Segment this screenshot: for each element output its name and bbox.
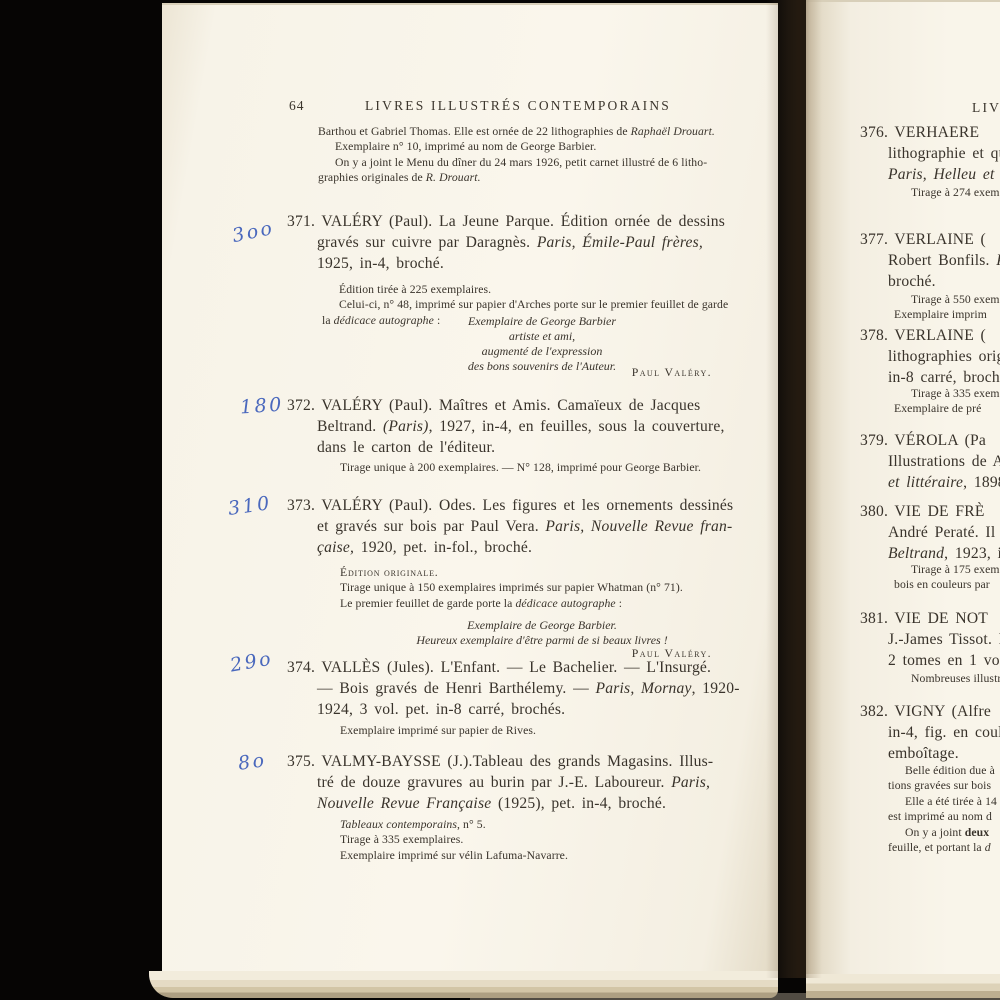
entry-372-notes: Tirage unique à 200 exemplaires. — N° 12… <box>340 460 701 475</box>
entry-381-heading: 381. VIE DE NOTJ.-James Tissot. F2 tomes… <box>860 609 1000 671</box>
price-annotation-371: 3oo <box>230 217 276 247</box>
entry-375-heading: 375. VALMY-BAYSSE (J.).Tableau des grand… <box>287 752 713 814</box>
entry-372-heading: 372. VALÉRY (Paul). Maîtres et Amis. Cam… <box>287 396 725 458</box>
running-title-right: LIVR <box>972 100 1000 116</box>
price-annotation-374: 29o <box>228 647 274 676</box>
left-page: 64 LIVRES ILLUSTRÉS CONTEMPORAINS Bartho… <box>162 3 778 974</box>
entry-382-notes: Belle édition due àtions gravées sur boi… <box>888 763 997 855</box>
entry-375-notes: Tableaux contemporains, n° 5.Tirage à 33… <box>340 817 568 863</box>
intro-paragraph: Barthou et Gabriel Thomas. Elle est orné… <box>318 124 715 186</box>
entry-380-notes: Tirage à 175 exembois en couleurs par <box>894 562 1000 593</box>
entry-378-heading: 378. VERLAINE (lithographies origin-8 ca… <box>860 326 1000 388</box>
entry-379-heading: 379. VÉROLA (PaIllustrations de Aet litt… <box>860 431 1000 493</box>
entry-371-signature: Paul Valéry. <box>522 365 712 380</box>
right-page: LIVR 376. VERHAERElithographie et quPari… <box>806 0 1000 979</box>
entry-373-heading: 373. VALÉRY (Paul). Odes. Les figures et… <box>287 496 733 558</box>
page-stack-edge-left <box>149 971 778 998</box>
entry-381-notes: Nombreuses illustr <box>894 671 1000 686</box>
running-title: LIVRES ILLUSTRÉS CONTEMPORAINS <box>287 98 749 114</box>
book-photo: 64 LIVRES ILLUSTRÉS CONTEMPORAINS Bartho… <box>0 0 1000 1000</box>
entry-371-heading: 371. VALÉRY (Paul). La Jeune Parque. Édi… <box>287 212 725 274</box>
entry-373-dedication: Exemplaire de George Barbier.Heureux exe… <box>362 618 722 648</box>
entry-382-heading: 382. VIGNY (Alfrein-4, fig. en couleuemb… <box>860 702 1000 764</box>
entry-374-notes: Exemplaire imprimé sur papier de Rives. <box>340 723 536 738</box>
price-annotation-373: 310 <box>227 492 273 520</box>
left-page-header: 64 LIVRES ILLUSTRÉS CONTEMPORAINS <box>287 98 749 114</box>
entry-380-heading: 380. VIE DE FRÈAndré Peraté. IlBeltrand,… <box>860 502 1000 564</box>
entry-377-heading: 377. VERLAINE (Robert Bonfils. Pabroché. <box>860 230 1000 292</box>
page-stack-edge-right <box>806 974 1000 998</box>
entry-373-notes: Édition originale.Tirage unique à 150 ex… <box>340 565 683 611</box>
entry-377-notes: Tirage à 550 exemExemplaire imprim <box>894 292 1000 323</box>
page-number: 64 <box>289 98 305 114</box>
entry-378-notes: Tirage à 335 exemExemplaire de pré <box>894 386 1000 417</box>
entry-376-notes: Tirage à 274 exem <box>894 185 1000 200</box>
book-gutter-shadow <box>766 0 822 978</box>
price-annotation-372: 180 <box>239 394 284 419</box>
entry-376-heading: 376. VERHAERElithographie et quParis, He… <box>860 123 1000 185</box>
entry-374-heading: 374. VALLÈS (Jules). L'Enfant. — Le Bach… <box>287 658 740 720</box>
price-annotation-375: 8o <box>237 749 268 775</box>
